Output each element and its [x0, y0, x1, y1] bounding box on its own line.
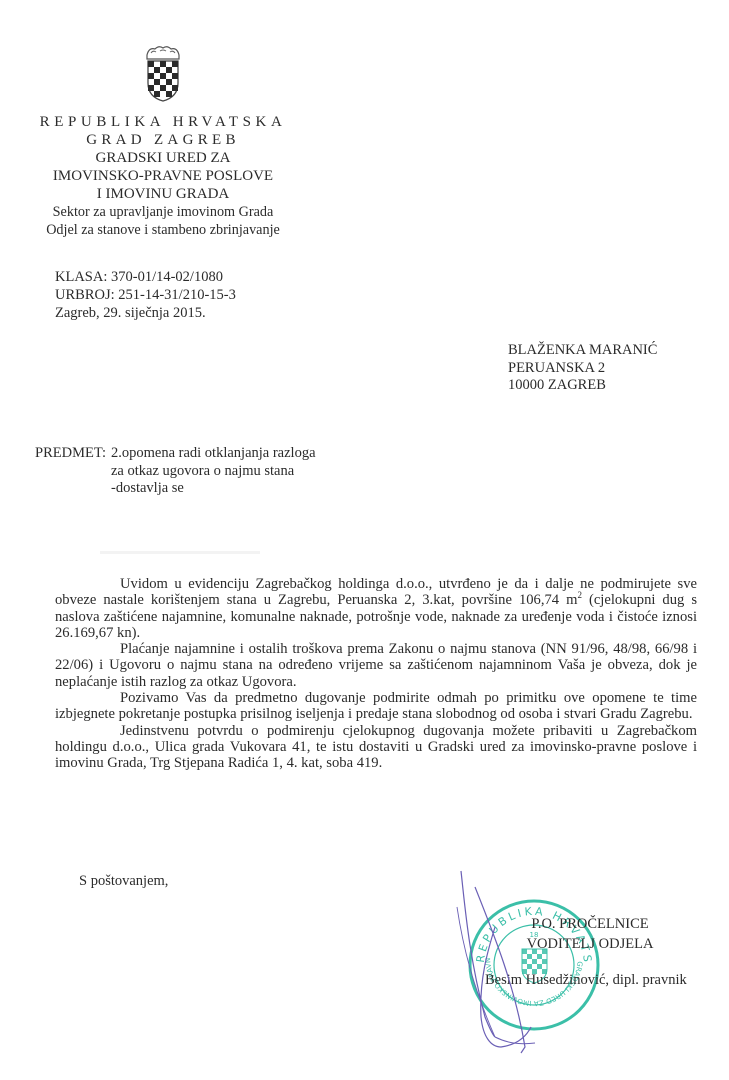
- office-name-line2: IMOVINSKO-PRAVNE POSLOVE: [0, 167, 326, 185]
- sector-name: Sektor za upravljanje imovinom Grada: [0, 203, 326, 221]
- closing-salutation: S poštovanjem,: [79, 873, 168, 890]
- subject-line: za otkaz ugovora o najmu stana: [111, 463, 316, 481]
- body-paragraph: Pozivamo Vas da predmetno dugovanje podm…: [55, 690, 697, 723]
- scan-artifact: [100, 551, 260, 554]
- body-paragraph: Uvidom u evidenciju Zagrebačkog holdinga…: [55, 576, 697, 641]
- document-date: Zagreb, 29. siječnja 2015.: [55, 304, 236, 322]
- reference-block: KLASA: 370-01/14-02/1080 URBROJ: 251-14-…: [55, 268, 236, 322]
- department-name: Odjel za stanove i stambeno zbrinjavanje: [0, 221, 326, 239]
- subject-line: -dostavlja se: [111, 480, 316, 498]
- coat-of-arms-icon: [143, 45, 183, 103]
- recipient-address: BLAŽENKA MARANIĆ PERUANSKA 2 10000 ZAGRE…: [508, 342, 657, 395]
- body-paragraph: Jedinstvenu potvrdu o podmirenju cjeloku…: [55, 723, 697, 772]
- city-name: GRAD ZAGREB: [0, 131, 326, 149]
- letter-body: Uvidom u evidenciju Zagrebačkog holdinga…: [55, 576, 697, 772]
- country-name: REPUBLIKA HRVATSKA: [0, 113, 326, 131]
- recipient-city: 10000 ZAGREB: [508, 377, 657, 395]
- urbroj-number: URBROJ: 251-14-31/210-15-3: [55, 286, 236, 304]
- recipient-street: PERUANSKA 2: [508, 360, 657, 378]
- subject-block: PREDMET: 2.opomena radi otklanjanja razl…: [35, 445, 316, 498]
- letterhead: REPUBLIKA HRVATSKA GRAD ZAGREB GRADSKI U…: [0, 113, 326, 239]
- subject-line: 2.opomena radi otklanjanja razloga: [111, 445, 316, 463]
- subject-label: PREDMET:: [35, 445, 106, 498]
- office-name-line3: I IMOVINU GRADA: [0, 185, 326, 203]
- office-name-line1: GRADSKI URED ZA: [0, 149, 326, 167]
- handwritten-signature-icon: [455, 867, 575, 1057]
- klasa-number: KLASA: 370-01/14-02/1080: [55, 268, 236, 286]
- body-paragraph: Plaćanje najamnine i ostalih troškova pr…: [55, 641, 697, 690]
- recipient-name: BLAŽENKA MARANIĆ: [508, 342, 657, 360]
